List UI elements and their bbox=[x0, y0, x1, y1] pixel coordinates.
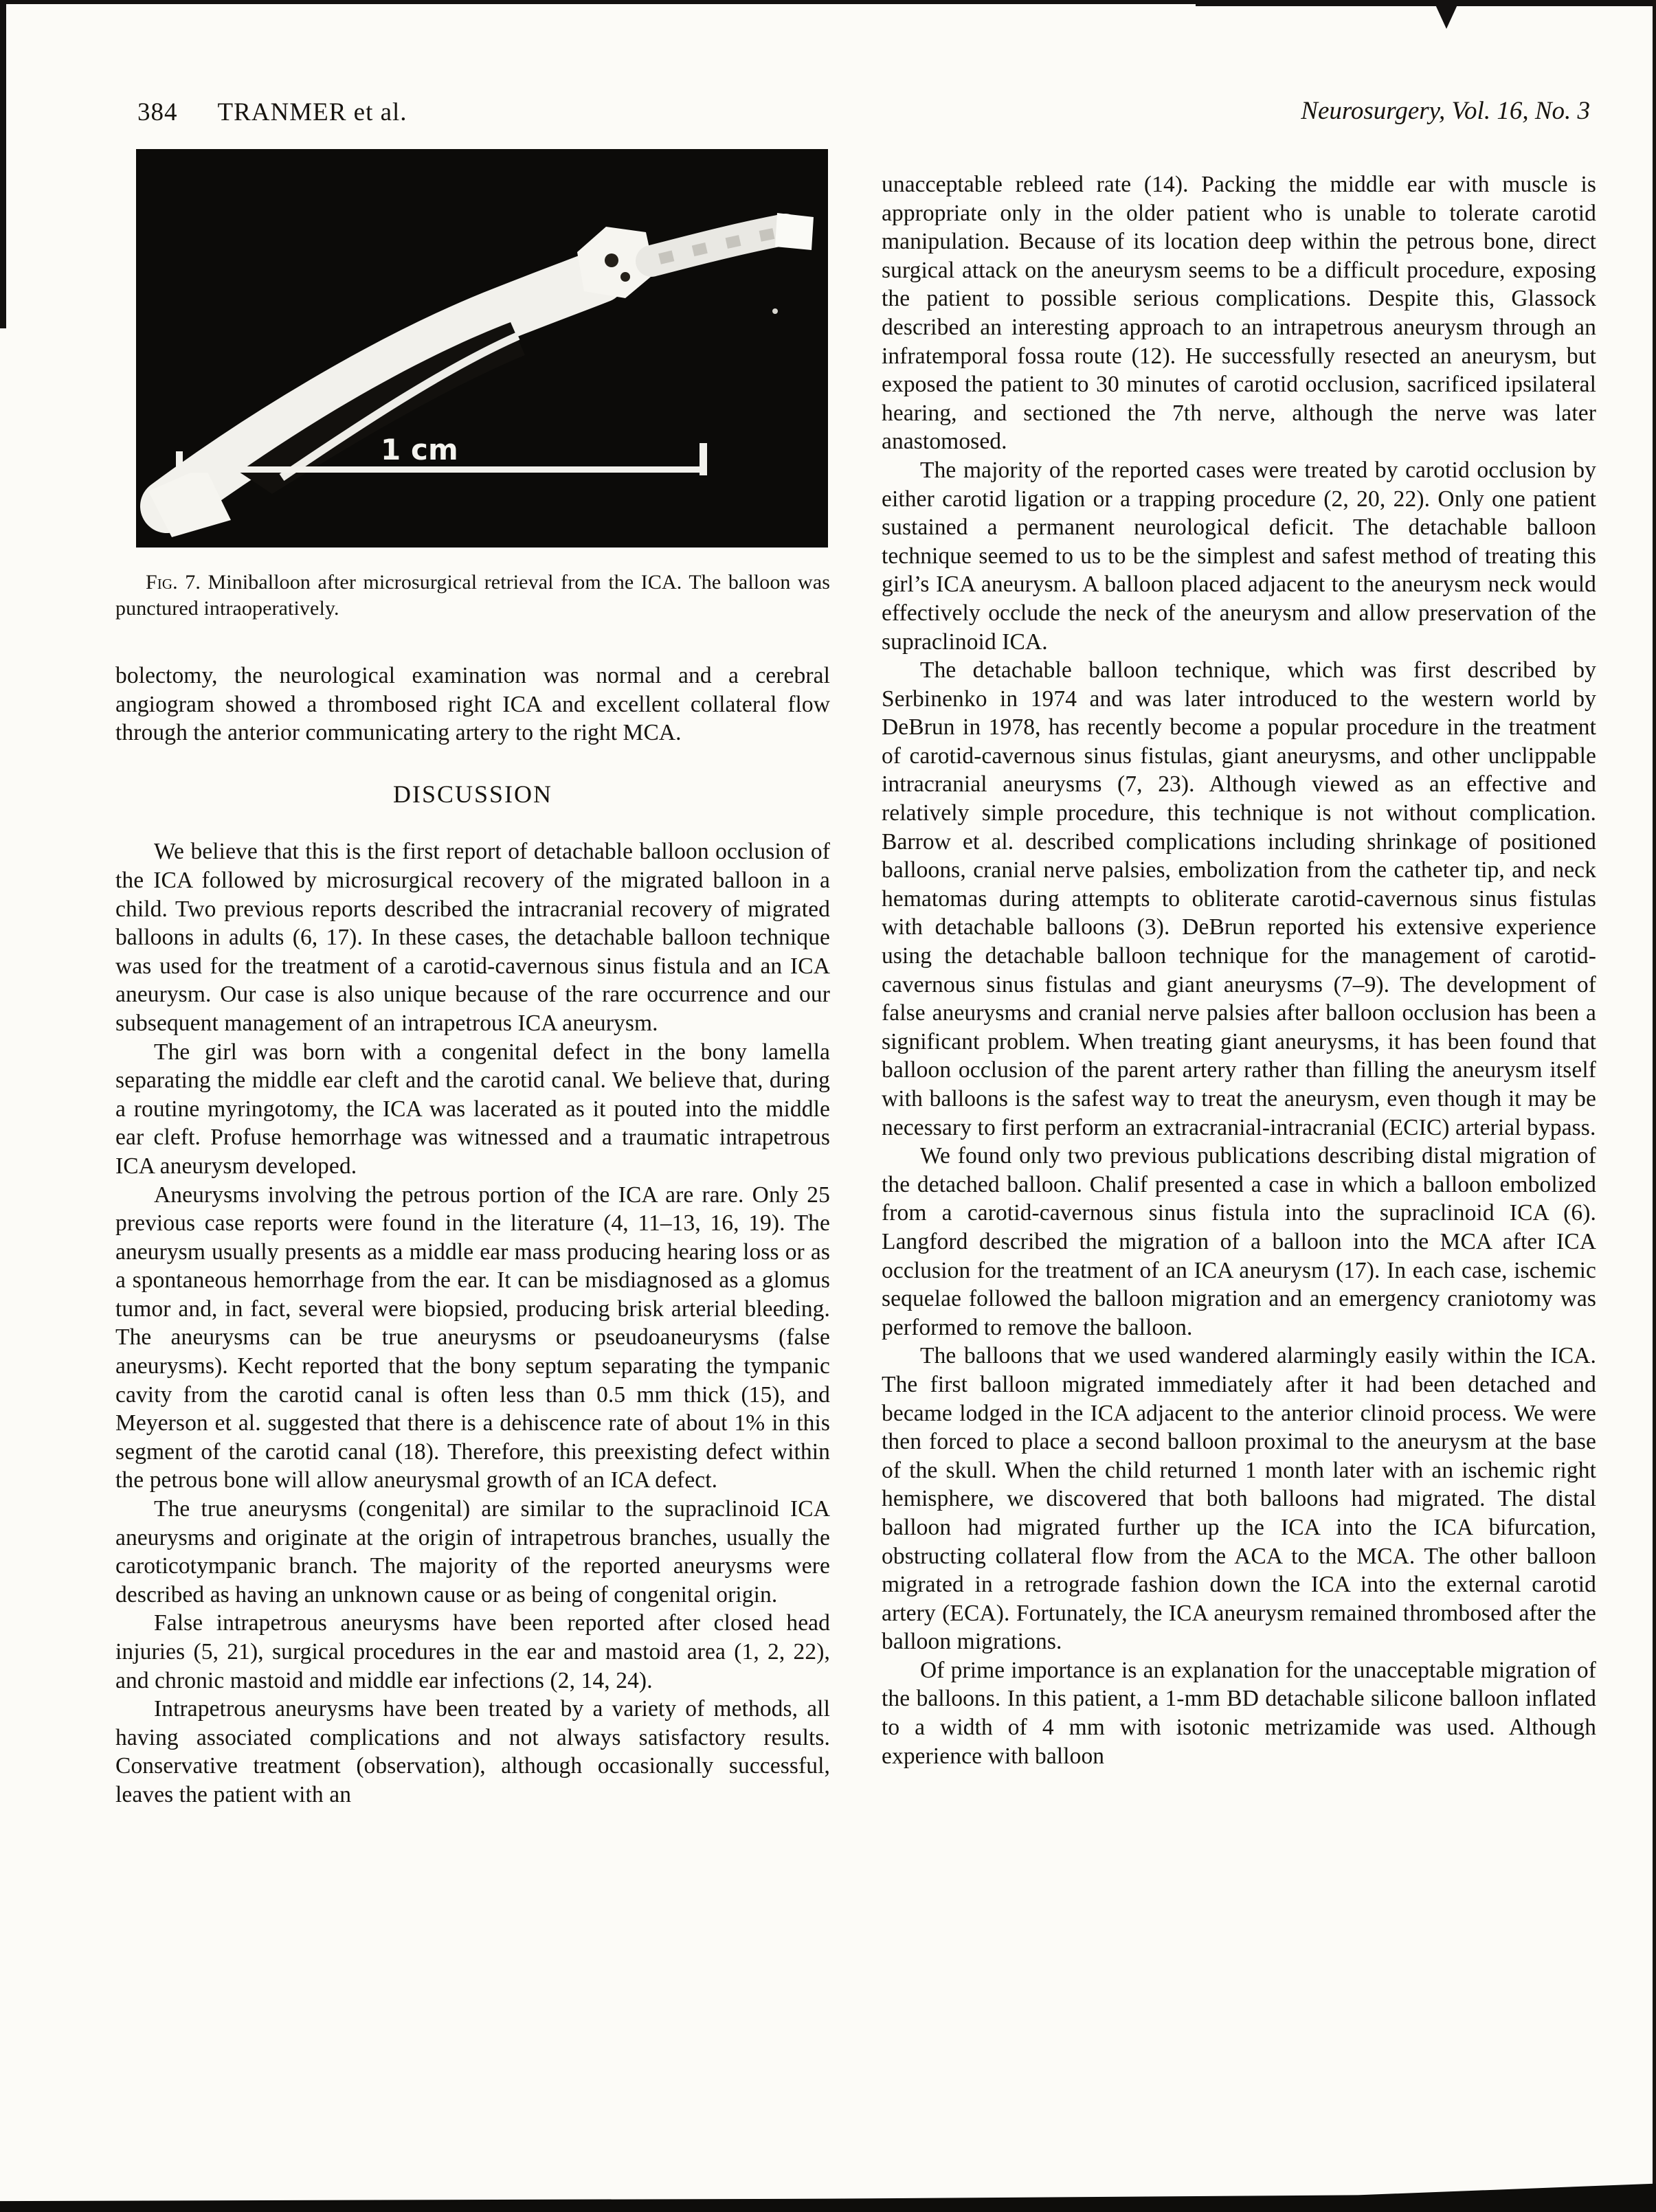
figure-label: Fig. 7. bbox=[146, 571, 201, 594]
paragraph: Of prime importance is an explanation fo… bbox=[882, 1656, 1596, 1770]
scan-left-edge bbox=[0, 0, 6, 328]
paragraph: The true aneurysms (congenital) are simi… bbox=[115, 1495, 830, 1609]
running-authors: TRANMER et al. bbox=[218, 98, 407, 127]
collar-speck bbox=[605, 253, 618, 267]
left-column: 1 cm Fig. 7. Miniballoon after microsurg… bbox=[115, 149, 830, 1809]
scan-right-edge bbox=[1653, 0, 1656, 2212]
page-number: 384 bbox=[137, 98, 178, 127]
miniballoon-photo-graphic: 1 cm bbox=[136, 149, 828, 548]
scan-artifact-triangle bbox=[1435, 3, 1458, 29]
scale-bar-right-tick bbox=[700, 443, 707, 475]
journal-page: 384 TRANMER et al. Neurosurgery, Vol. 16… bbox=[0, 0, 1656, 2212]
scan-bottom-edge bbox=[0, 2182, 1656, 2212]
paragraph-continuation: bolectomy, the neurological examination … bbox=[115, 662, 830, 747]
paragraph: We believe that this is the first report… bbox=[115, 837, 830, 1037]
paragraph: Intrapetrous aneurysms have been treated… bbox=[115, 1695, 830, 1809]
collar-speck bbox=[620, 272, 630, 282]
figure-7-caption: Fig. 7. Miniballoon after microsurgical … bbox=[115, 569, 830, 622]
scale-bar bbox=[179, 466, 706, 473]
running-head-left: 384 TRANMER et al. bbox=[137, 98, 407, 127]
paragraph: The majority of the reported cases were … bbox=[882, 456, 1596, 656]
scale-bar-left-tick bbox=[176, 451, 183, 476]
paragraph: The girl was born with a congenital defe… bbox=[115, 1038, 830, 1181]
right-column: unacceptable rebleed rate (14). Packing … bbox=[882, 170, 1596, 1770]
paragraph: The balloons that we used wandered alarm… bbox=[882, 1342, 1596, 1656]
paragraph: unacceptable rebleed rate (14). Packing … bbox=[882, 170, 1596, 456]
paragraph: The detachable balloon technique, which … bbox=[882, 656, 1596, 1142]
stem-end-cap bbox=[775, 213, 814, 250]
paragraph: We found only two previous publications … bbox=[882, 1142, 1596, 1342]
section-heading-discussion: DISCUSSION bbox=[115, 780, 830, 809]
paragraph: False intrapetrous aneurysms have been r… bbox=[115, 1609, 830, 1695]
figure-caption-text: Miniballoon after microsurgical retrieva… bbox=[115, 571, 830, 620]
running-head-journal: Neurosurgery, Vol. 16, No. 3 bbox=[1301, 96, 1590, 126]
scan-top-edge-segment bbox=[1196, 0, 1656, 6]
paragraph: Aneurysms involving the petrous portion … bbox=[115, 1181, 830, 1496]
scale-bar-label: 1 cm bbox=[381, 433, 458, 466]
figure-7-photo: 1 cm bbox=[136, 149, 828, 548]
dust-speck bbox=[772, 308, 778, 314]
figure-7: 1 cm Fig. 7. Miniballoon after microsurg… bbox=[136, 149, 828, 622]
